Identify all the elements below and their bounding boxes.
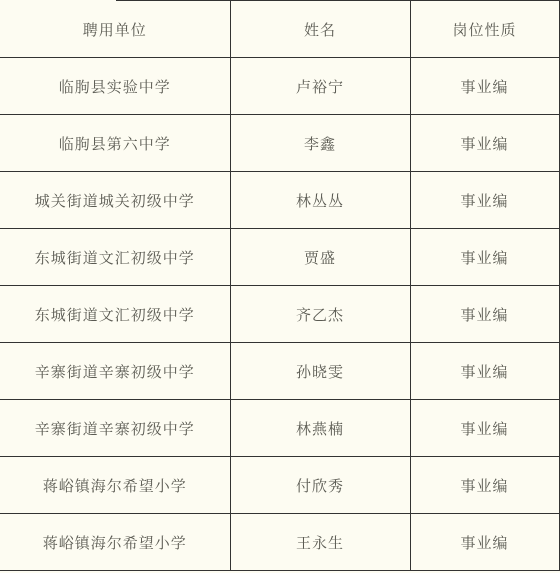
hiring-table: 聘用单位 姓名 岗位性质 临朐县实验中学卢裕宁事业编临朐县第六中学李鑫事业编城关… xyxy=(0,0,560,571)
cell-position-type: 事业编 xyxy=(410,172,559,229)
cell-position-type: 事业编 xyxy=(410,115,559,172)
table-row: 临朐县实验中学卢裕宁事业编 xyxy=(0,58,559,115)
table-row: 辛寨街道辛寨初级中学孙晓雯事业编 xyxy=(0,343,559,400)
cell-position-type: 事业编 xyxy=(410,514,559,571)
table-row: 东城街道文汇初级中学贾盛事业编 xyxy=(0,229,559,286)
cell-position-type: 事业编 xyxy=(410,400,559,457)
cell-name: 王永生 xyxy=(230,514,410,571)
table-row: 蒋峪镇海尔希望小学付欣秀事业编 xyxy=(0,457,559,514)
table-body: 临朐县实验中学卢裕宁事业编临朐县第六中学李鑫事业编城关街道城关初级中学林丛丛事业… xyxy=(0,58,559,571)
cell-name: 孙晓雯 xyxy=(230,343,410,400)
cell-employing-unit: 临朐县实验中学 xyxy=(0,58,230,115)
cell-employing-unit: 辛寨街道辛寨初级中学 xyxy=(0,343,230,400)
col-header-name: 姓名 xyxy=(230,1,410,58)
cell-name: 卢裕宁 xyxy=(230,58,410,115)
cell-name: 林丛丛 xyxy=(230,172,410,229)
col-header-employing-unit: 聘用单位 xyxy=(0,1,230,58)
col-header-position-type: 岗位性质 xyxy=(410,1,559,58)
cell-employing-unit: 蒋峪镇海尔希望小学 xyxy=(0,457,230,514)
cell-name: 李鑫 xyxy=(230,115,410,172)
cell-position-type: 事业编 xyxy=(410,457,559,514)
table-row: 蒋峪镇海尔希望小学王永生事业编 xyxy=(0,514,559,571)
cell-name: 齐乙杰 xyxy=(230,286,410,343)
cell-employing-unit: 城关街道城关初级中学 xyxy=(0,172,230,229)
table-row: 辛寨街道辛寨初级中学林燕楠事业编 xyxy=(0,400,559,457)
cell-name: 林燕楠 xyxy=(230,400,410,457)
top-border-crop-cover xyxy=(0,0,116,2)
table-row: 城关街道城关初级中学林丛丛事业编 xyxy=(0,172,559,229)
header-row: 聘用单位 姓名 岗位性质 xyxy=(0,1,559,58)
cell-position-type: 事业编 xyxy=(410,58,559,115)
cell-position-type: 事业编 xyxy=(410,286,559,343)
cell-name: 付欣秀 xyxy=(230,457,410,514)
table-row: 东城街道文汇初级中学齐乙杰事业编 xyxy=(0,286,559,343)
cell-position-type: 事业编 xyxy=(410,343,559,400)
cell-employing-unit: 东城街道文汇初级中学 xyxy=(0,229,230,286)
cell-position-type: 事业编 xyxy=(410,229,559,286)
table-row: 临朐县第六中学李鑫事业编 xyxy=(0,115,559,172)
cell-name: 贾盛 xyxy=(230,229,410,286)
cell-employing-unit: 临朐县第六中学 xyxy=(0,115,230,172)
cell-employing-unit: 辛寨街道辛寨初级中学 xyxy=(0,400,230,457)
cell-employing-unit: 东城街道文汇初级中学 xyxy=(0,286,230,343)
cell-employing-unit: 蒋峪镇海尔希望小学 xyxy=(0,514,230,571)
